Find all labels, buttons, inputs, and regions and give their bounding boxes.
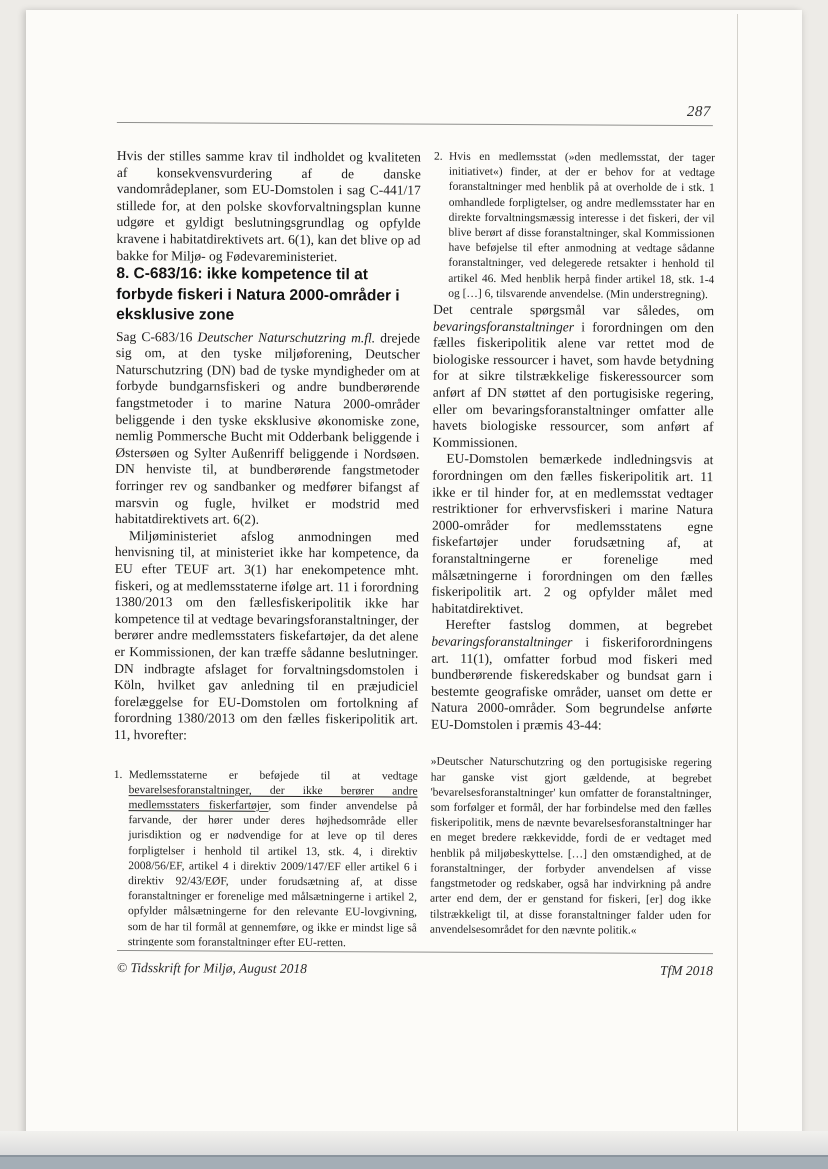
page-header: 287	[117, 101, 713, 126]
left-column: Hvis der stilles samme krav til indholde…	[113, 148, 421, 948]
page-number: 287	[117, 101, 711, 121]
provision-2-marker: 2.	[434, 150, 443, 165]
central-question-paragraph: Det centrale spørgsmål var således, om b…	[432, 302, 714, 453]
footer-journal-mark: TfM 2018	[660, 963, 713, 979]
scanned-page-canvas: 287 Hvis der stilles samme krav til indh…	[0, 0, 828, 1169]
provision-1-text: Medlemsstaterne er beføjede til at vedta…	[128, 769, 418, 949]
scan-bottom-shade	[0, 1131, 828, 1157]
section-heading: 8. C-683/16: ikke kompetence til at forb…	[116, 264, 420, 327]
judgment-quote: »Deutscher Naturschutzring og den portug…	[430, 755, 712, 939]
provision-item-2: 2.Hvis en medlemsstat (»den medlemsstat,…	[433, 150, 715, 304]
provision-2-text: Hvis en medlemsstat (»den medlemsstat, d…	[448, 151, 715, 301]
intro-paragraph: Hvis der stilles samme krav til indholde…	[116, 148, 421, 266]
ministry-paragraph: Miljøministeriet afslog anmodningen med …	[114, 528, 419, 745]
footer-row: © Tidsskrift for Miljø, August 2018 TfM …	[117, 960, 713, 979]
scan-bottom-band	[0, 1155, 828, 1169]
court-observation-paragraph: EU-Domstolen bemærkede indledningsvis at…	[432, 451, 714, 618]
case-intro-paragraph: Sag C-683/16 Deutscher Naturschutzring m…	[115, 329, 420, 530]
provision-item-1: 1.Medlemsstaterne er beføjede til at ved…	[113, 767, 418, 949]
footer-copyright: © Tidsskrift for Miljø, August 2018	[117, 960, 307, 977]
right-column: 2.Hvis en medlemsstat (»den medlemsstat,…	[430, 150, 715, 949]
provision-1-marker: 1.	[114, 767, 123, 782]
page-footer: © Tidsskrift for Miljø, August 2018 TfM …	[117, 950, 713, 979]
two-column-text: Hvis der stilles samme krav til indholde…	[113, 148, 715, 949]
ruling-paragraph: Herefter fastslog dommen, at begrebet be…	[431, 617, 713, 735]
page-edge-line	[737, 14, 738, 1142]
